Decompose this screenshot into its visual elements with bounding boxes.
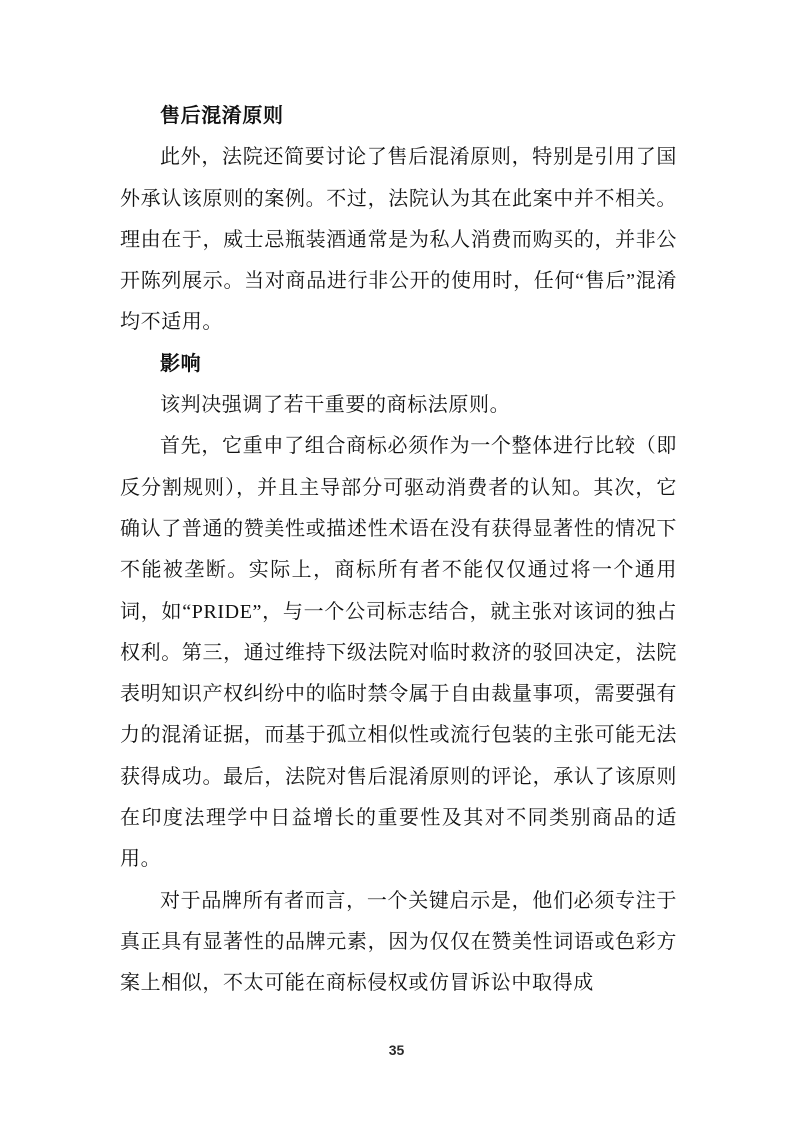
paragraph-impact-intro: 该判决强调了若干重要的商标法原则。 (120, 385, 677, 426)
heading-after-sale-confusion: 售后混淆原则 (120, 96, 677, 137)
paragraph-principles: 首先，它重申了组合商标必须作为一个整体进行比较（即反分割规则），并且主导部分可驱… (120, 426, 677, 880)
heading-impact: 影响 (120, 344, 677, 385)
document-page: 售后混淆原则 此外，法院还简要讨论了售后混淆原则，特别是引用了国外承认该原则的案… (0, 0, 793, 1122)
paragraph-after-sale-confusion: 此外，法院还简要讨论了售后混淆原则，特别是引用了国外承认该原则的案例。不过，法院… (120, 137, 677, 343)
page-number: 35 (0, 1042, 793, 1058)
document-body: 售后混淆原则 此外，法院还简要讨论了售后混淆原则，特别是引用了国外承认该原则的案… (120, 96, 677, 1005)
paragraph-brand-owners: 对于品牌所有者而言，一个关键启示是，他们必须专注于真正具有显著性的品牌元素，因为… (120, 881, 677, 1005)
